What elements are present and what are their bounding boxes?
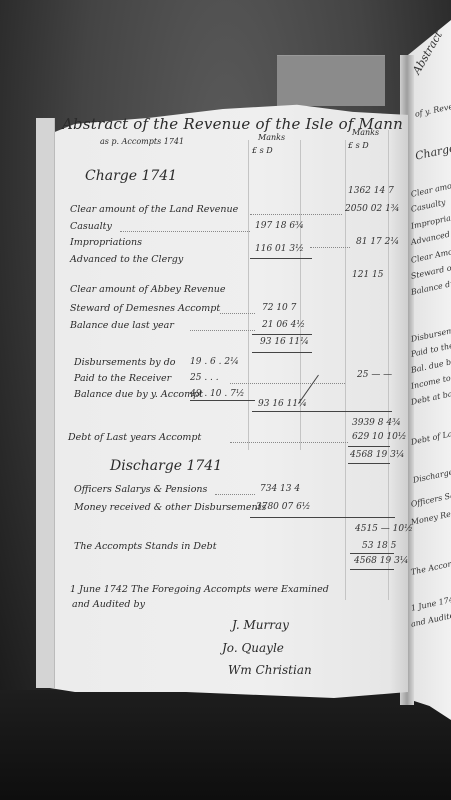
backing-card — [277, 55, 385, 106]
row-label: Clear amount of Abbey Revenue — [70, 284, 226, 295]
column-rule — [248, 140, 249, 450]
sum-rule — [250, 517, 395, 518]
leader-dots — [230, 442, 348, 443]
amount: 1362 14 7 — [348, 186, 394, 196]
leader-dots — [190, 330, 255, 331]
amount: 19 . 6 . 2¼ — [190, 357, 239, 367]
debt-value: 53 18 5 — [362, 541, 396, 551]
amount: 121 15 — [352, 270, 384, 280]
amount: 197 18 6¾ — [255, 221, 304, 231]
leader-dots — [250, 214, 342, 215]
amount: 49 . 10 . 7½ — [190, 389, 245, 399]
signature-murray: J. Murray — [232, 618, 289, 632]
sum-rule — [348, 446, 390, 447]
row-label: Officers Salarys & Pensions — [74, 484, 207, 495]
debt-label: The Accompts Stands in Debt — [74, 541, 217, 552]
leader-dots — [220, 313, 255, 314]
row-label: Balance due last year — [70, 320, 174, 331]
row-label: Casualty — [70, 221, 112, 232]
column-units-outer: £ s D — [348, 141, 369, 150]
column-units-inner: £ s D — [252, 146, 273, 155]
row-label: Clear amount of the Land Revenue — [70, 204, 238, 215]
column-header-inner: Manks — [258, 133, 285, 142]
document-subtitle: as p. Accompts 1741 — [100, 137, 184, 146]
amount: 734 13 4 — [260, 484, 300, 494]
debt-value: 629 10 10½ — [352, 432, 407, 442]
charge-heading: Charge 1741 — [85, 168, 177, 184]
amount: 116 01 3½ — [255, 244, 304, 254]
row-label: Balance due by y. Accompt — [74, 389, 203, 400]
sum-rule — [252, 411, 392, 412]
row-label: Impropriations — [70, 237, 142, 248]
amount: 93 16 11¼ — [258, 399, 307, 409]
amount: 72 10 7 — [262, 303, 296, 313]
amount: 21 06 4½ — [262, 320, 305, 330]
amount: 25 — — — [357, 370, 392, 380]
sum-rule — [350, 569, 394, 570]
row-label: Disbursements by do — [74, 357, 176, 368]
discharge-heading: Discharge 1741 — [110, 458, 222, 474]
attestation-line-1: 1 June 1742 The Foregoing Accompts were … — [70, 584, 329, 595]
leader-dots — [215, 494, 255, 495]
leader-dots — [310, 247, 350, 248]
sum-rule — [348, 463, 390, 464]
amount: 81 17 2¼ — [356, 237, 399, 247]
discharge-total: 4568 19 3¼ — [354, 556, 409, 566]
row-label: Money received & other Disbursements — [74, 502, 266, 513]
attestation-line-2: and Audited by — [72, 599, 145, 610]
leader-dots — [230, 383, 345, 384]
amount: 25 . . . — [190, 373, 219, 383]
sum-rule — [190, 400, 255, 401]
page-edge — [36, 118, 55, 688]
amount: 93 16 11¼ — [260, 337, 309, 347]
charge-subtotal: 3939 8 4¾ — [352, 418, 401, 428]
sum-rule — [250, 258, 312, 259]
debt-label: Debt of Last years Accompt — [68, 432, 201, 443]
sum-rule — [252, 352, 312, 353]
amount: 2050 02 1¾ — [345, 204, 400, 214]
row-label: Advanced to the Clergy — [70, 254, 183, 265]
column-header-outer: Manks — [352, 128, 379, 137]
signature-quayle: Jo. Quayle — [222, 641, 284, 655]
sum-rule — [252, 334, 312, 335]
discharge-subtotal: 4515 — 10½ — [355, 524, 413, 534]
charge-total: 4568 19 3¼ — [350, 450, 405, 460]
row-label: Steward of Demesnes Accompt — [70, 303, 220, 314]
signature-christian: Wm Christian — [228, 663, 312, 677]
amount: 3780 07 6½ — [256, 502, 311, 512]
leader-dots — [120, 231, 250, 232]
dark-background-bottom — [0, 690, 451, 800]
sum-rule — [350, 553, 394, 554]
row-label: Paid to the Receiver — [74, 373, 171, 384]
